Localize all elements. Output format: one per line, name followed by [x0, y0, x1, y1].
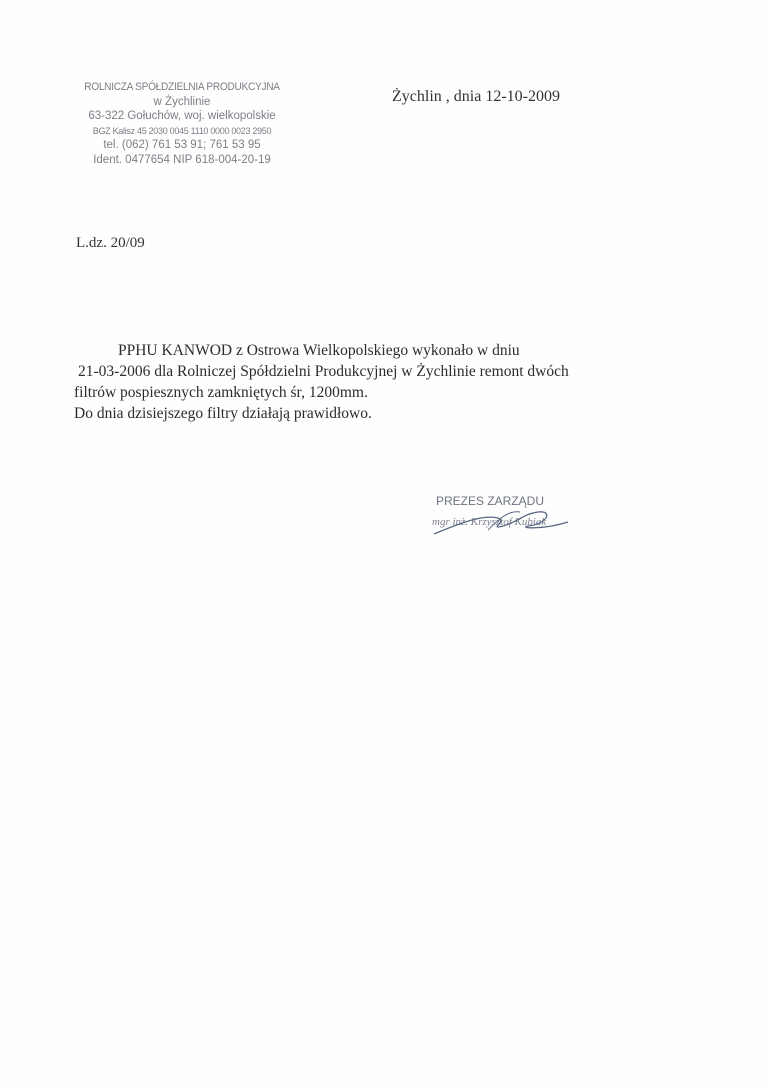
- body-line: PPHU KANWOD z Ostrowa Wielkopolskiego wy…: [74, 340, 674, 361]
- body-line: 21-03-2006 dla Rolniczej Spółdzielni Pro…: [74, 361, 674, 382]
- stamp-ident-nip: Ident. 0477654 NIP 618-004-20-19: [72, 153, 292, 168]
- letter-page: ROLNICZA SPÓŁDZIELNIA PRODUKCYJNA w Żych…: [0, 0, 768, 1086]
- letter-body: PPHU KANWOD z Ostrowa Wielkopolskiego wy…: [74, 340, 674, 424]
- letter-date: Żychlin , dnia 12-10-2009: [392, 88, 560, 106]
- body-line: filtrów pospiesznych zamkniętych śr, 120…: [74, 382, 674, 403]
- signature-block: PREZES ZARZĄDU mgr inż. Krzysztof Kubiak: [428, 494, 598, 528]
- reference-number: L.dz. 20/09: [76, 235, 145, 252]
- company-stamp: ROLNICZA SPÓŁDZIELNIA PRODUKCYJNA w Żych…: [72, 80, 292, 167]
- body-line: Do dnia dzisiejszego filtry działają pra…: [74, 403, 674, 424]
- stamp-bank-account: BGZ Kalisz 45 2030 0045 1110 0000 0023 2…: [72, 124, 292, 139]
- stamp-phone: tel. (062) 761 53 91; 761 53 95: [72, 138, 292, 153]
- stamp-company-name: ROLNICZA SPÓŁDZIELNIA PRODUKCYJNA: [81, 80, 283, 95]
- stamp-location: w Żychlinie: [72, 95, 292, 110]
- stamp-address: 63-322 Gołuchów, woj. wielkopolskie: [72, 109, 292, 124]
- handwritten-signature-icon: [428, 500, 598, 540]
